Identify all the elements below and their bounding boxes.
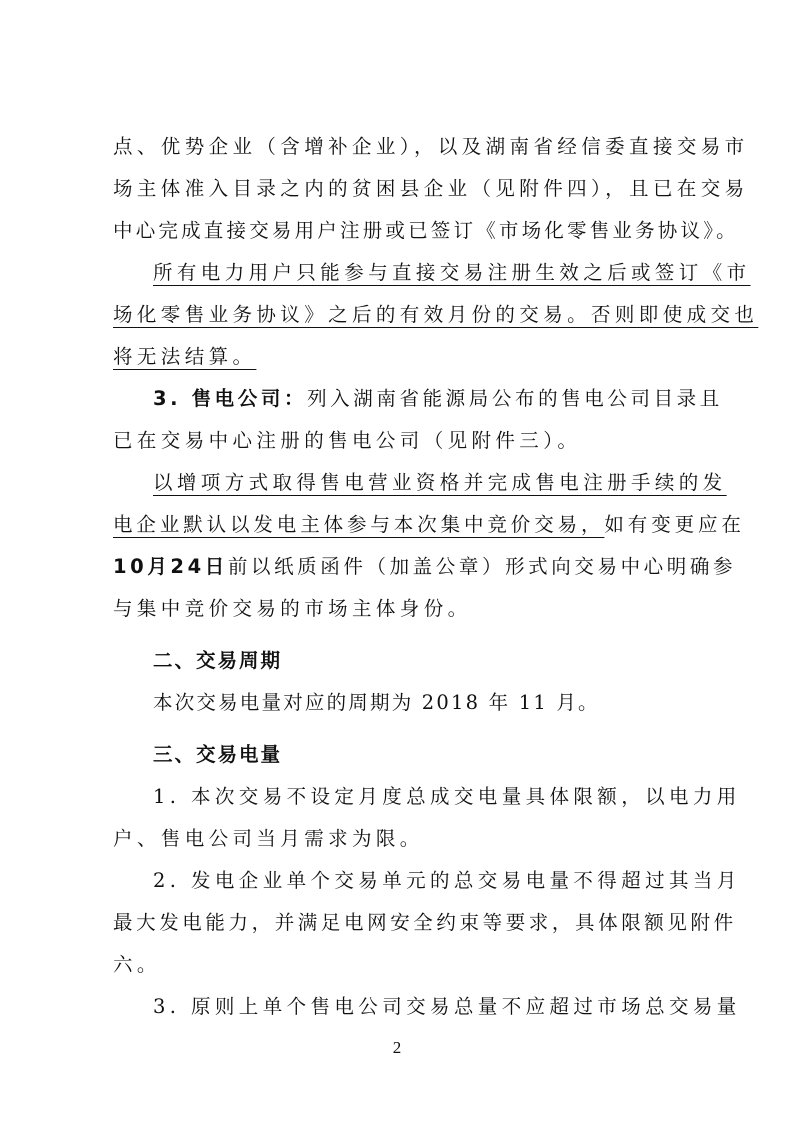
item-3-line: 3. 原则上单个售电公司交易总量不应超过市场总交易量 [153, 994, 741, 1020]
heading-trading-period: 二、交易周期 [153, 648, 282, 674]
item-1-line: 1. 本次交易不设定月度总成交电量具体限额，以电力用 [153, 784, 741, 810]
paragraph-line: 与集中竞价交易的市场主体身份。 [113, 596, 472, 622]
plain-segment: 如有变更应在 [604, 513, 744, 536]
section-3-line: 3. 售电公司：列入湖南省能源局公布的售电公司目录且 [153, 386, 723, 412]
plain-segment: 前以纸质函件（加盖公章）形式向交易中心明确参 [228, 555, 736, 578]
section-3-text: 列入湖南省能源局公布的售电公司目录且 [307, 387, 723, 410]
page-number: 2 [0, 1038, 794, 1058]
paragraph-line: 中心完成直接交易用户注册或已签订《市场化零售业务协议》。 [113, 218, 739, 244]
paragraph-line: 点、优势企业（含增补企业），以及湖南省经信委直接交易市 [113, 134, 749, 160]
section-3-label: 3. 售电公司： [153, 387, 307, 410]
underlined-notice-line: 所有电力用户只能参与直接交易注册生效之后或签订《市 [153, 260, 751, 286]
deadline-date: 10月24日 [113, 555, 228, 578]
underlined-line: 以增项方式取得售电营业资格并完成售电注册手续的发 [153, 470, 727, 496]
underlined-segment: 电企业默认以发电主体参与本次集中竞价交易， [113, 513, 604, 536]
heading-trading-volume: 三、交易电量 [153, 742, 282, 768]
mixed-line: 电企业默认以发电主体参与本次集中竞价交易，如有变更应在 [113, 512, 745, 538]
paragraph-line: 场主体准入目录之内的贫困县企业（见附件四），且已在交易 [113, 176, 749, 202]
item-2-line: 2. 发电企业单个交易单元的总交易电量不得超过其当月 [153, 868, 741, 894]
period-text: 本次交易电量对应的周期为 2018 年 11 月。 [153, 690, 600, 716]
date-line: 10月24日前以纸质函件（加盖公章）形式向交易中心明确参 [113, 554, 736, 580]
section-3-line: 已在交易中心注册的售电公司（见附件三）。 [113, 428, 581, 454]
underlined-notice-line: 场化零售业务协议》之后的有效月份的交易。否则即使成交也 [113, 302, 758, 328]
item-2-line: 六。 [113, 952, 161, 978]
item-2-line: 最大发电能力，并满足电网安全约束等要求，具体限额见附件 [113, 910, 737, 936]
item-1-line: 户、售电公司当月需求为限。 [113, 826, 424, 852]
underlined-notice-line: 将无法结算。 [113, 344, 256, 370]
